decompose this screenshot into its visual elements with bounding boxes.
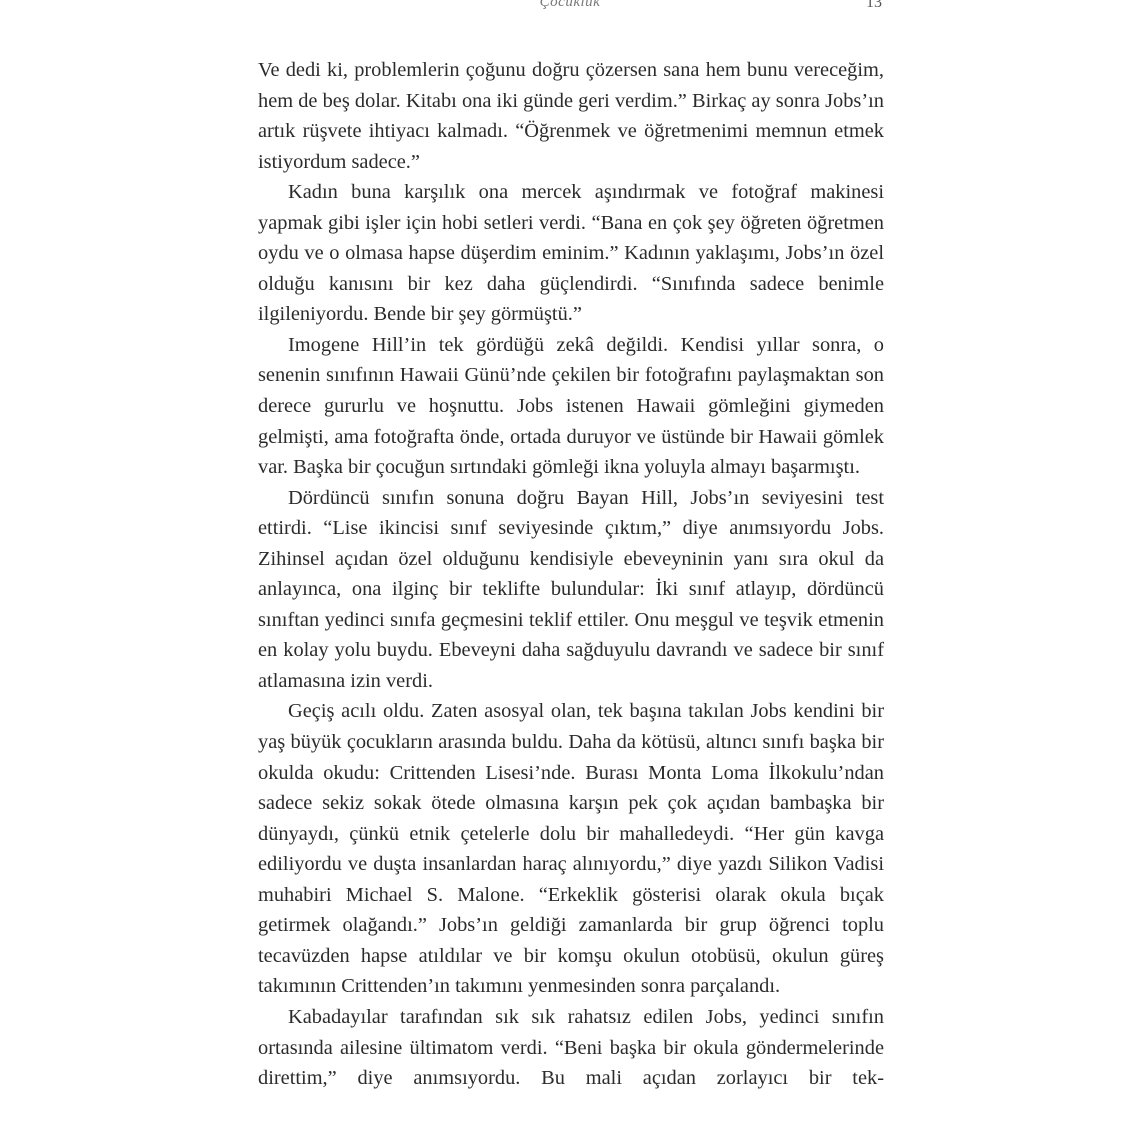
running-header: Çocukluk 13 [258, 0, 882, 18]
chapter-title: Çocukluk [258, 0, 882, 11]
paragraph: Geçiş acılı oldu. Zaten asosyal olan, te… [258, 696, 884, 1001]
paragraph: Imogene Hill’in tek gördüğü zekâ değildi… [258, 330, 884, 483]
paragraph: Kabadayılar tarafından sık sık rahatsız … [258, 1002, 884, 1094]
body-text: Ve dedi ki, problemlerin çoğunu doğru çö… [258, 55, 884, 1094]
book-page: Çocukluk 13 Ve dedi ki, problemlerin çoğ… [0, 0, 1140, 1140]
paragraph: Ve dedi ki, problemlerin çoğunu doğru çö… [258, 55, 884, 177]
page-number: 13 [866, 0, 882, 12]
paragraph: Dördüncü sınıfın sonuna doğru Bayan Hill… [258, 483, 884, 697]
paragraph: Kadın buna karşılık ona mercek aşındırma… [258, 177, 884, 330]
